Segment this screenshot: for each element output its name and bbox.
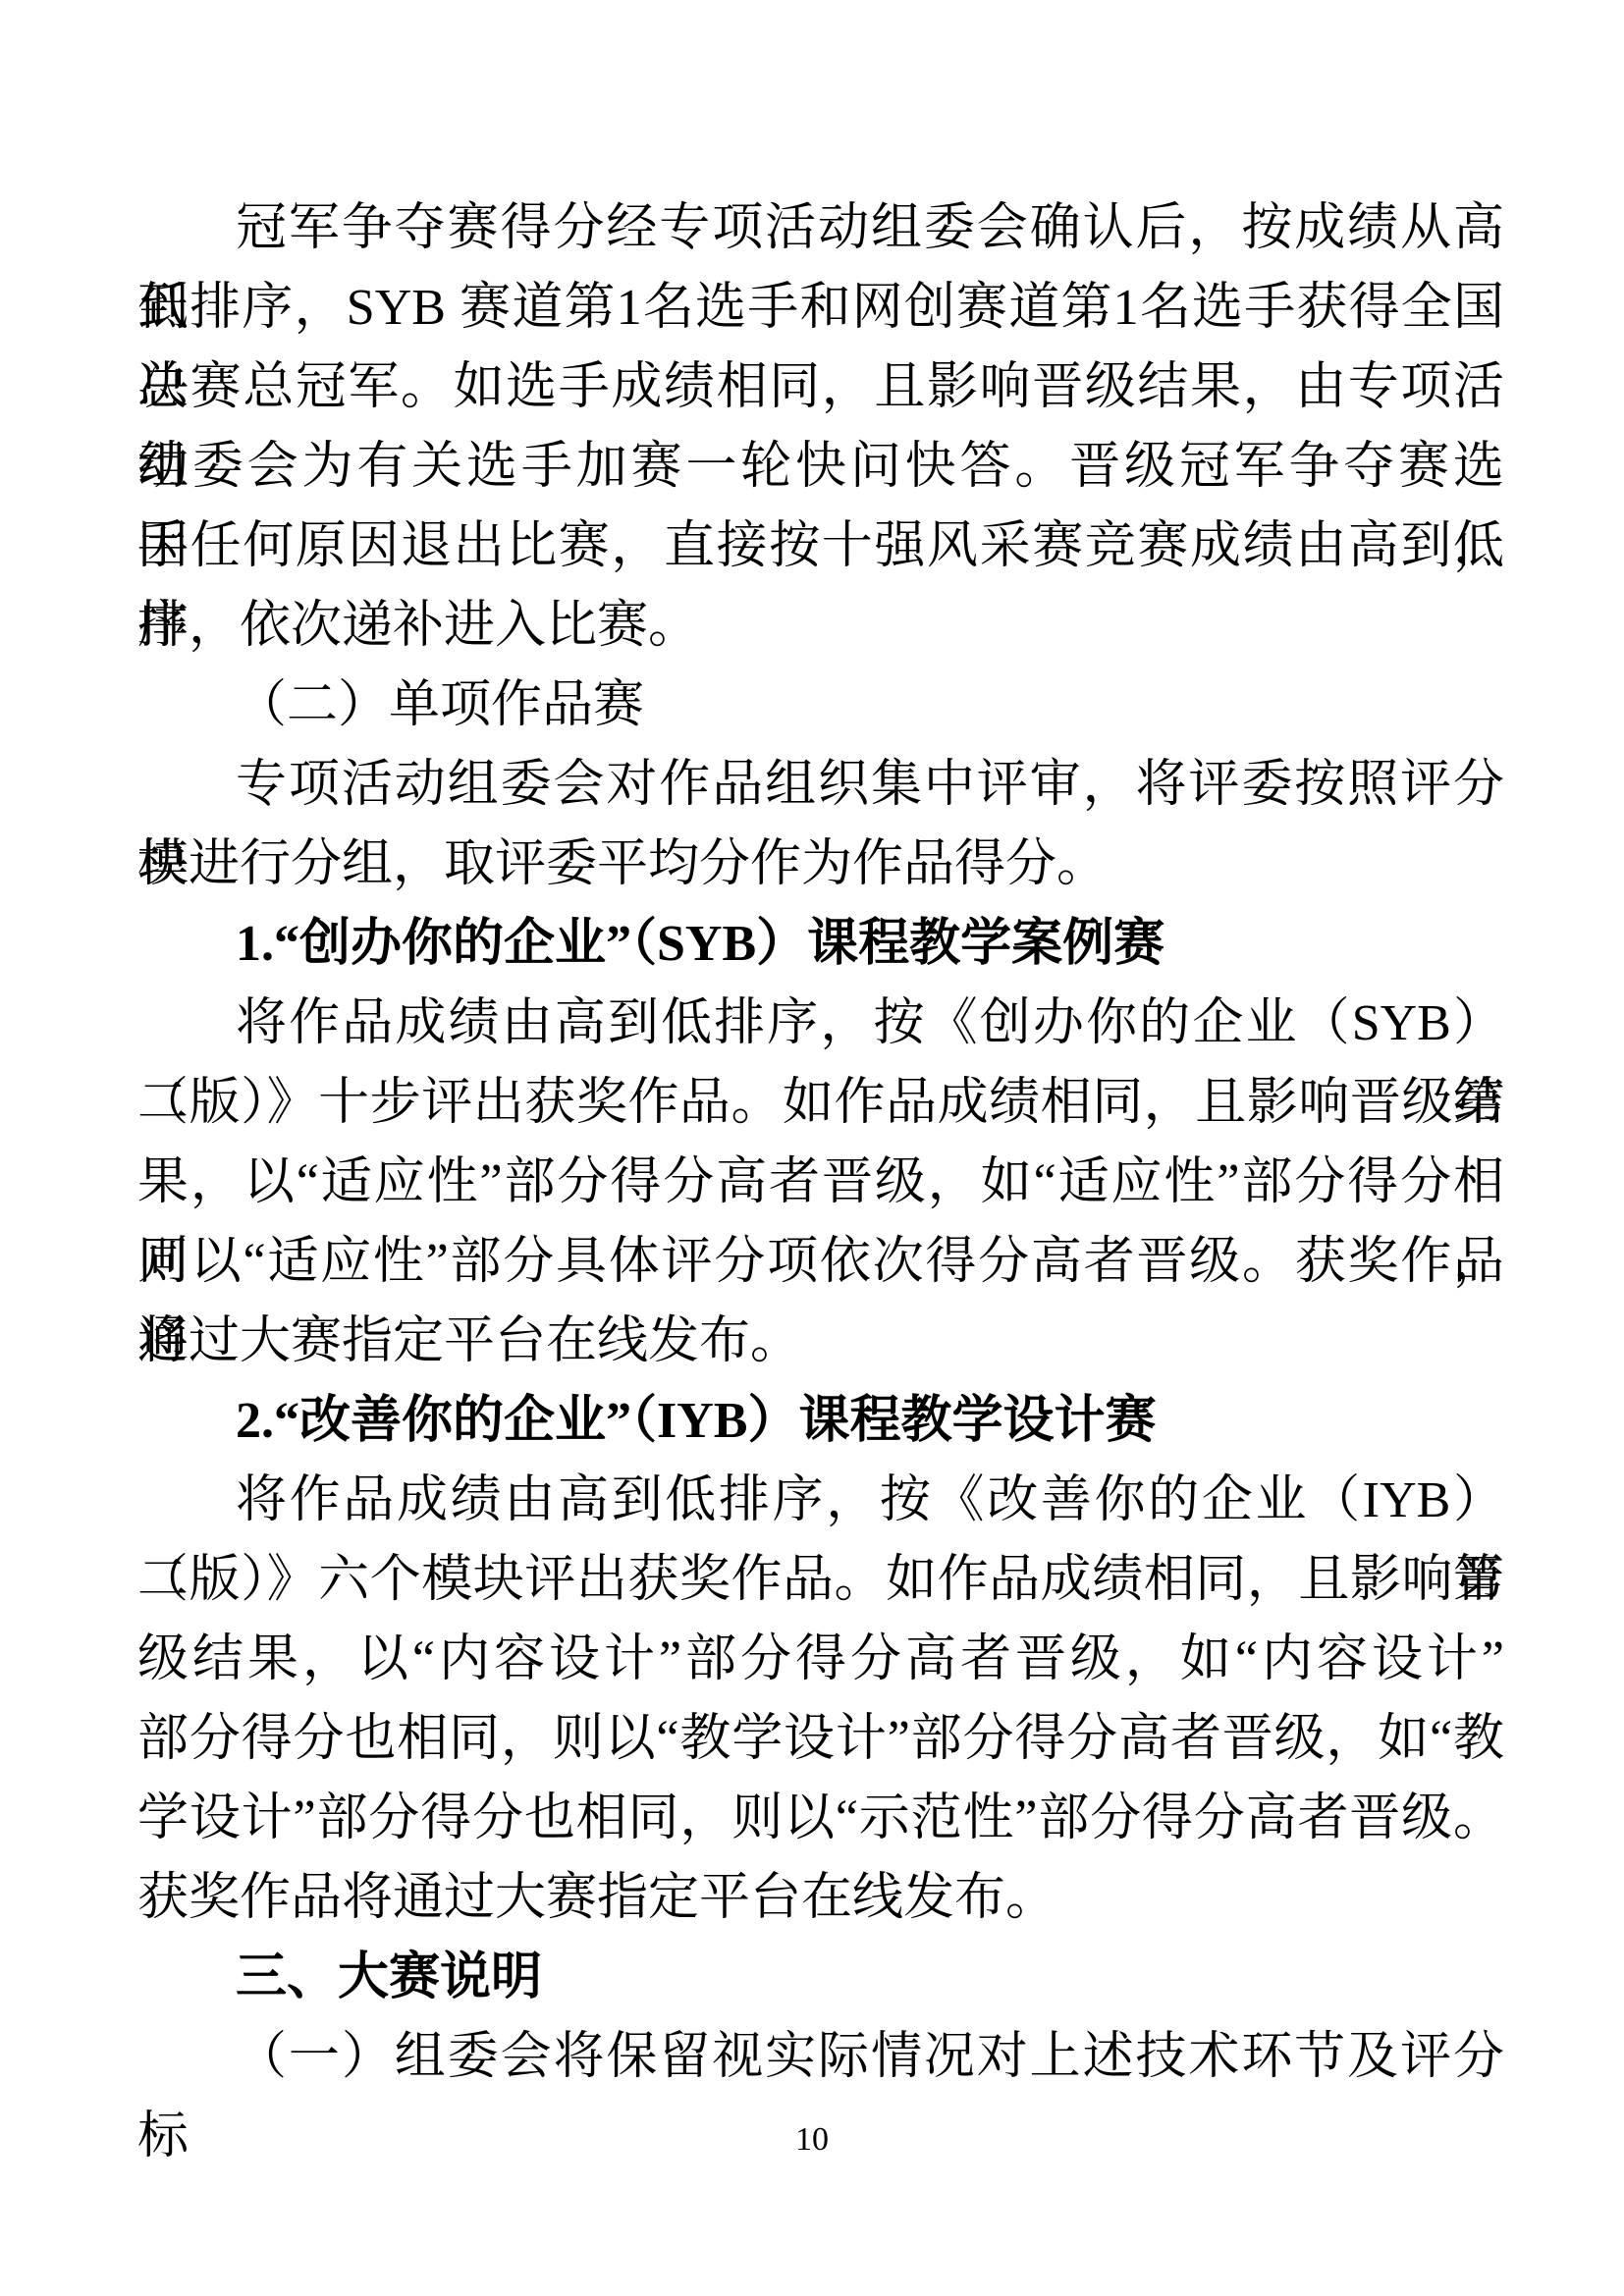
text-line: 获奖作品将通过大赛指定平台在线发布。 (137, 1858, 1504, 1938)
text-line: 将作品成绩由高到低排序，按《改善你的企业（IYB）（第 (137, 1461, 1504, 1540)
text-line: 将作品成绩由高到低排序，按《创办你的企业（SYB）（第 (137, 984, 1504, 1063)
text-line: 决赛总冠军。如选手成绩相同，且影响晋级结果，由专项活动 (137, 347, 1504, 427)
text-line: 低排序，SYB 赛道第1名选手和网创赛道第1名选手获得全国总 (137, 268, 1504, 347)
text-line: 冠军争夺赛得分经专项活动组委会确认后，按成绩从高到 (137, 188, 1504, 268)
text-line: 则以“适应性”部分具体评分项依次得分高者晋级。获奖作品将 (137, 1222, 1504, 1302)
text-line: 部分得分也相同，则以“教学设计”部分得分高者晋级，如“教 (137, 1699, 1504, 1779)
text-line: 组委会为有关选手加赛一轮快问快答。晋级冠军争夺赛选手， (137, 427, 1504, 507)
document-body: 冠军争夺赛得分经专项活动组委会确认后，按成绩从高到 低排序，SYB 赛道第1名选… (137, 188, 1504, 2097)
text-line: 果，以“适应性”部分得分高者晋级，如“适应性”部分得分相同， (137, 1143, 1504, 1222)
page-number: 10 (0, 2120, 1624, 2160)
text-line: 专项活动组委会对作品组织集中评审，将评委按照评分模 (137, 745, 1504, 825)
text-line: 二版）》六个模块评出获奖作品。如作品成绩相同，且影响晋 (137, 1540, 1504, 1620)
text-line: 序，依次递补进入比赛。 (137, 586, 1504, 666)
text-line: 通过大赛指定平台在线发布。 (137, 1302, 1504, 1381)
section-heading: 三、大赛说明 (137, 1938, 1504, 2017)
numbered-heading-1: 1.“创办你的企业”（SYB）课程教学案例赛 (137, 904, 1504, 984)
subsection-heading: （二）单项作品赛 (137, 666, 1504, 745)
text-line: （一）组委会将保留视实际情况对上述技术环节及评分标 (137, 2017, 1504, 2097)
text-line: 级结果，以“内容设计”部分得分高者晋级，如“内容设计” (137, 1620, 1504, 1699)
text-line: 学设计”部分得分也相同，则以“示范性”部分得分高者晋级。 (137, 1779, 1504, 1858)
numbered-heading-2: 2.“改善你的企业”（IYB）课程教学设计赛 (137, 1381, 1504, 1461)
text-line: 二版）》十步评出获奖作品。如作品成绩相同，且影响晋级结 (137, 1063, 1504, 1143)
text-line: 因任何原因退出比赛，直接按十强风采赛竞赛成绩由高到低排 (137, 507, 1504, 586)
document-page: 冠军争夺赛得分经专项活动组委会确认后，按成绩从高到 低排序，SYB 赛道第1名选… (0, 0, 1624, 2296)
text-line: 块进行分组，取评委平均分作为作品得分。 (137, 825, 1504, 904)
